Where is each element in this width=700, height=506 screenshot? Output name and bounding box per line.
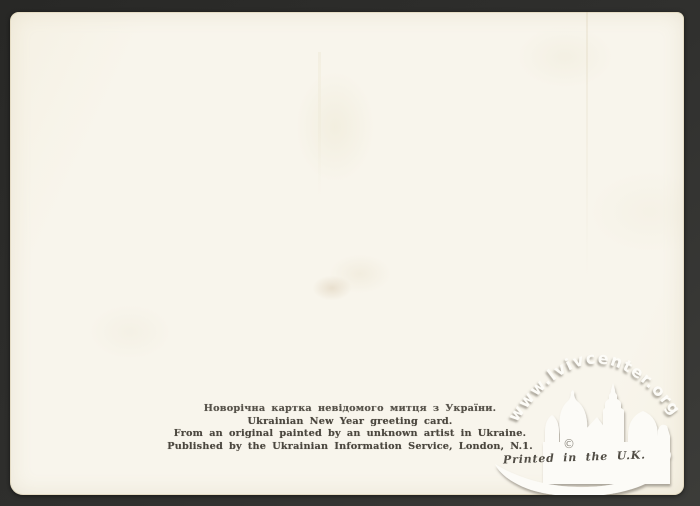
postcard-back: Новорічна картка невідомого митця з Укра… xyxy=(10,12,684,495)
scanner-background: Новорічна картка невідомого митця з Укра… xyxy=(0,0,700,506)
copyright-symbol-icon: © xyxy=(563,437,575,451)
lvivcenter-watermark: www.lvivcenter.org © xyxy=(493,346,684,495)
watermark-url-text: www.lvivcenter.org xyxy=(504,348,684,425)
crease-mark xyxy=(586,12,588,282)
crease-mark xyxy=(318,52,321,202)
